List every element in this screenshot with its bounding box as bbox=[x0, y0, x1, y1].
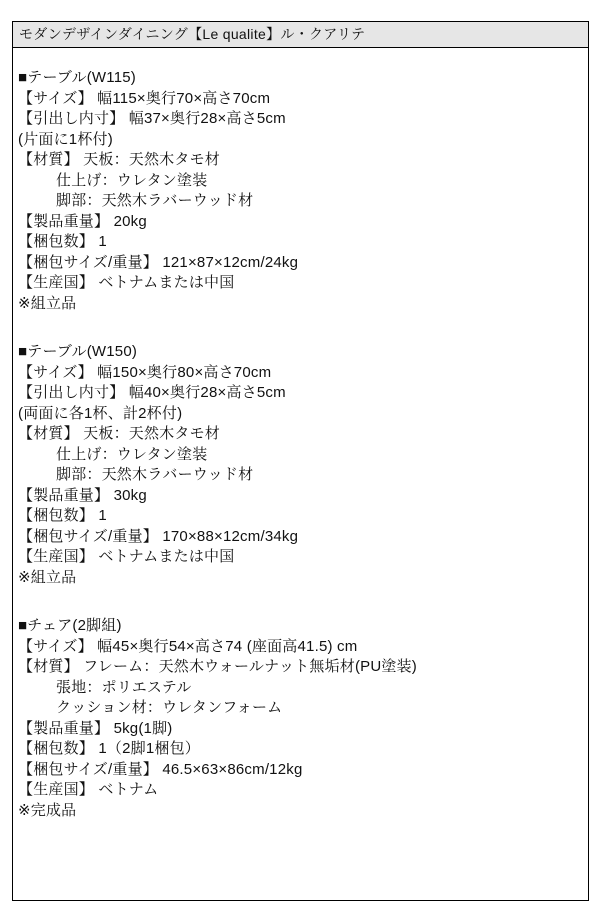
product-spec-box: モダンデザインダイニング【Le qualite】ル・クアリテ ■テーブル(W11… bbox=[12, 21, 589, 818]
spec-line: (両面に各1杯、計2杯付) bbox=[18, 404, 580, 425]
spec-section-table-w115: ■テーブル(W115)【サイズ】 幅115×奥行70×高さ70cm【引出し内寸】… bbox=[18, 68, 580, 314]
spec-line: 【生産国】 ベトナムまたは中国 bbox=[18, 273, 580, 294]
spec-line: 【生産国】 ベトナム bbox=[18, 780, 580, 801]
spec-line: 【サイズ】 幅115×奥行70×高さ70cm bbox=[18, 89, 580, 110]
spec-line: 張地：ポリエステル bbox=[18, 678, 580, 699]
spec-line: 【梱包数】 1 bbox=[18, 232, 580, 253]
spec-line: 【サイズ】 幅150×奥行80×高さ70cm bbox=[18, 363, 580, 384]
spec-line: (片面に1杯付) bbox=[18, 130, 580, 151]
spec-line: 【材質】 天板：天然木タモ材 bbox=[18, 424, 580, 445]
spec-line: ※組立品 bbox=[18, 568, 580, 589]
spec-section-table-w150: ■テーブル(W150)【サイズ】 幅150×奥行80×高さ70cm【引出し内寸】… bbox=[18, 342, 580, 588]
spec-line: 脚部：天然木ラバーウッド材 bbox=[18, 191, 580, 212]
spec-line: 【引出し内寸】 幅37×奥行28×高さ5cm bbox=[18, 109, 580, 130]
spec-line: 【引出し内寸】 幅40×奥行28×高さ5cm bbox=[18, 383, 580, 404]
product-title: モダンデザインダイニング【Le qualite】ル・クアリテ bbox=[19, 26, 365, 42]
spec-content: ■テーブル(W115)【サイズ】 幅115×奥行70×高さ70cm【引出し内寸】… bbox=[13, 48, 588, 818]
spec-line: 【梱包サイズ/重量】 121×87×12cm/24kg bbox=[18, 253, 580, 274]
spec-line: 【梱包サイズ/重量】 170×88×12cm/34kg bbox=[18, 527, 580, 548]
spec-line: ※組立品 bbox=[18, 294, 580, 315]
spec-line: 仕上げ：ウレタン塗装 bbox=[18, 171, 580, 192]
spec-line: 仕上げ：ウレタン塗装 bbox=[18, 445, 580, 466]
spec-line: 【サイズ】 幅45×奥行54×高さ74 (座面高41.5) cm bbox=[18, 637, 580, 658]
spec-line: 【梱包数】 1 bbox=[18, 506, 580, 527]
spec-section-chair-2set: ■チェア(2脚組)【サイズ】 幅45×奥行54×高さ74 (座面高41.5) c… bbox=[18, 616, 580, 818]
spec-line: 【梱包数】 1（2脚1梱包） bbox=[18, 739, 580, 760]
spec-line: 【梱包サイズ/重量】 46.5×63×86cm/12kg bbox=[18, 760, 580, 781]
spec-line: 【材質】 天板：天然木タモ材 bbox=[18, 150, 580, 171]
section-heading: ■テーブル(W115) bbox=[18, 68, 580, 89]
section-heading: ■チェア(2脚組) bbox=[18, 616, 580, 637]
title-bar: モダンデザインダイニング【Le qualite】ル・クアリテ bbox=[13, 22, 588, 48]
spec-line: 【製品重量】 30kg bbox=[18, 486, 580, 507]
spec-line: クッション材：ウレタンフォーム bbox=[18, 698, 580, 719]
spec-line: ※完成品 bbox=[18, 801, 580, 819]
spec-line: 【製品重量】 20kg bbox=[18, 212, 580, 233]
spec-line: 脚部：天然木ラバーウッド材 bbox=[18, 465, 580, 486]
spec-line: 【製品重量】 5kg(1脚) bbox=[18, 719, 580, 740]
spec-line: 【生産国】 ベトナムまたは中国 bbox=[18, 547, 580, 568]
spec-line: 【材質】 フレーム：天然木ウォールナット無垢材(PU塗装) bbox=[18, 657, 580, 678]
section-heading: ■テーブル(W150) bbox=[18, 342, 580, 363]
